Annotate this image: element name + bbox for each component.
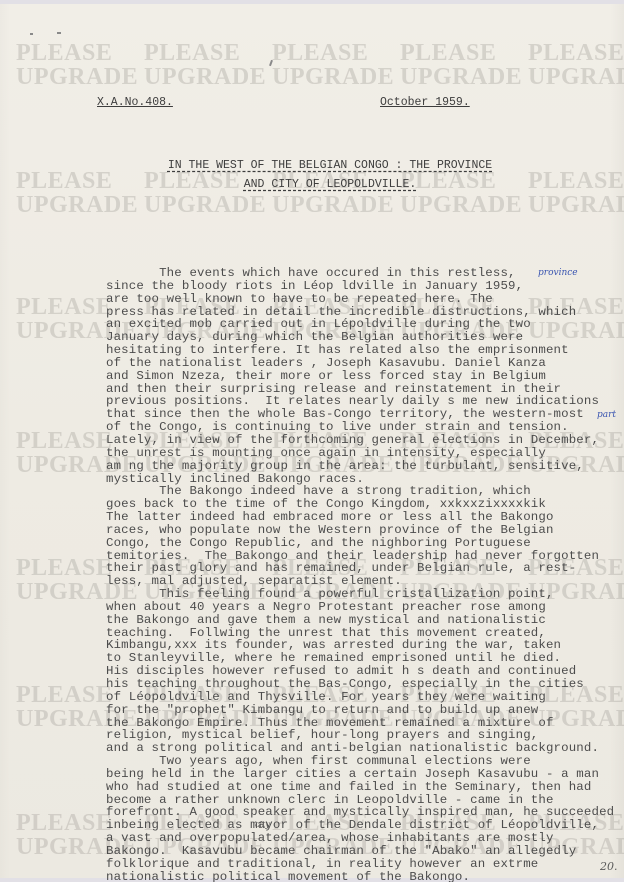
document-title: IN THE WEST OF THE BELGIAN CONGO : THE P… [140, 156, 520, 194]
body-line: the Bakongo and gave them a new mystical… [106, 614, 614, 627]
body-line: when about 40 years a Negro Protestant p… [106, 601, 614, 614]
handwritten-note-city: city [255, 820, 270, 829]
ink-speck [30, 33, 33, 35]
body-line: Lately, in view of the forthcoming gener… [106, 434, 614, 447]
handwritten-note-part: part [597, 410, 616, 420]
document-page: PLEASEPLEASEPLEASEPLEASEPLEASEUPGRADEUPG… [0, 0, 624, 882]
body-line: since the bloody riots in Léop ldville i… [106, 280, 614, 293]
body-line: Congo, the Congo Republic, and the nighb… [106, 537, 614, 550]
body-line: his teaching throughout the Bas-Congo, e… [106, 678, 614, 691]
document-date: October 1959. [380, 96, 470, 109]
body-line: and Simon Nzeza, their more or less forc… [106, 370, 614, 383]
ink-speck [57, 32, 61, 34]
document-reference: X.A.No.408. [97, 96, 173, 109]
title-line-2: AND CITY OF LEOPOLDVILLE. [244, 178, 417, 191]
body-line: Bakongo. Kasavubu became chairman of the… [106, 845, 614, 858]
body-line: hesitating to interfere. It has related … [106, 344, 614, 357]
document-content: X.A.No.408. October 1959. IN THE WEST OF… [0, 0, 624, 882]
ink-speck [269, 60, 273, 66]
body-line: am ng the majority group in the area: th… [106, 460, 614, 473]
body-line: This feeling found a powerful cristalliz… [106, 588, 614, 601]
body-line: the unrest is mounting once again in int… [106, 447, 614, 460]
body-line: of the nationalist leaders , Joseph Kasa… [106, 357, 614, 370]
body-line: nationalistic political movement of the … [106, 871, 614, 882]
body-line: are too well known to have to be repeate… [106, 293, 614, 306]
body-line: The latter indeed had embraced more or l… [106, 511, 614, 524]
body-text: The events which have occured in this re… [106, 267, 614, 882]
title-line-1: IN THE WEST OF THE BELGIAN CONGO : THE P… [168, 159, 492, 172]
body-line: Two years ago, when first communal elect… [106, 755, 614, 768]
body-line: folklorique and traditional, in reality … [106, 858, 614, 871]
page-number: 20. [600, 860, 618, 873]
handwritten-note-province: province [538, 268, 578, 278]
body-line: who had studied at one time and failed i… [106, 781, 614, 794]
body-line: of Léopoldville and Thysville. For years… [106, 691, 614, 704]
body-line: for the "prophet" Kimbangu to return and… [106, 704, 614, 717]
body-line: races, who populate now the Western prov… [106, 524, 614, 537]
body-line: being held in the larger cities a certai… [106, 768, 614, 781]
